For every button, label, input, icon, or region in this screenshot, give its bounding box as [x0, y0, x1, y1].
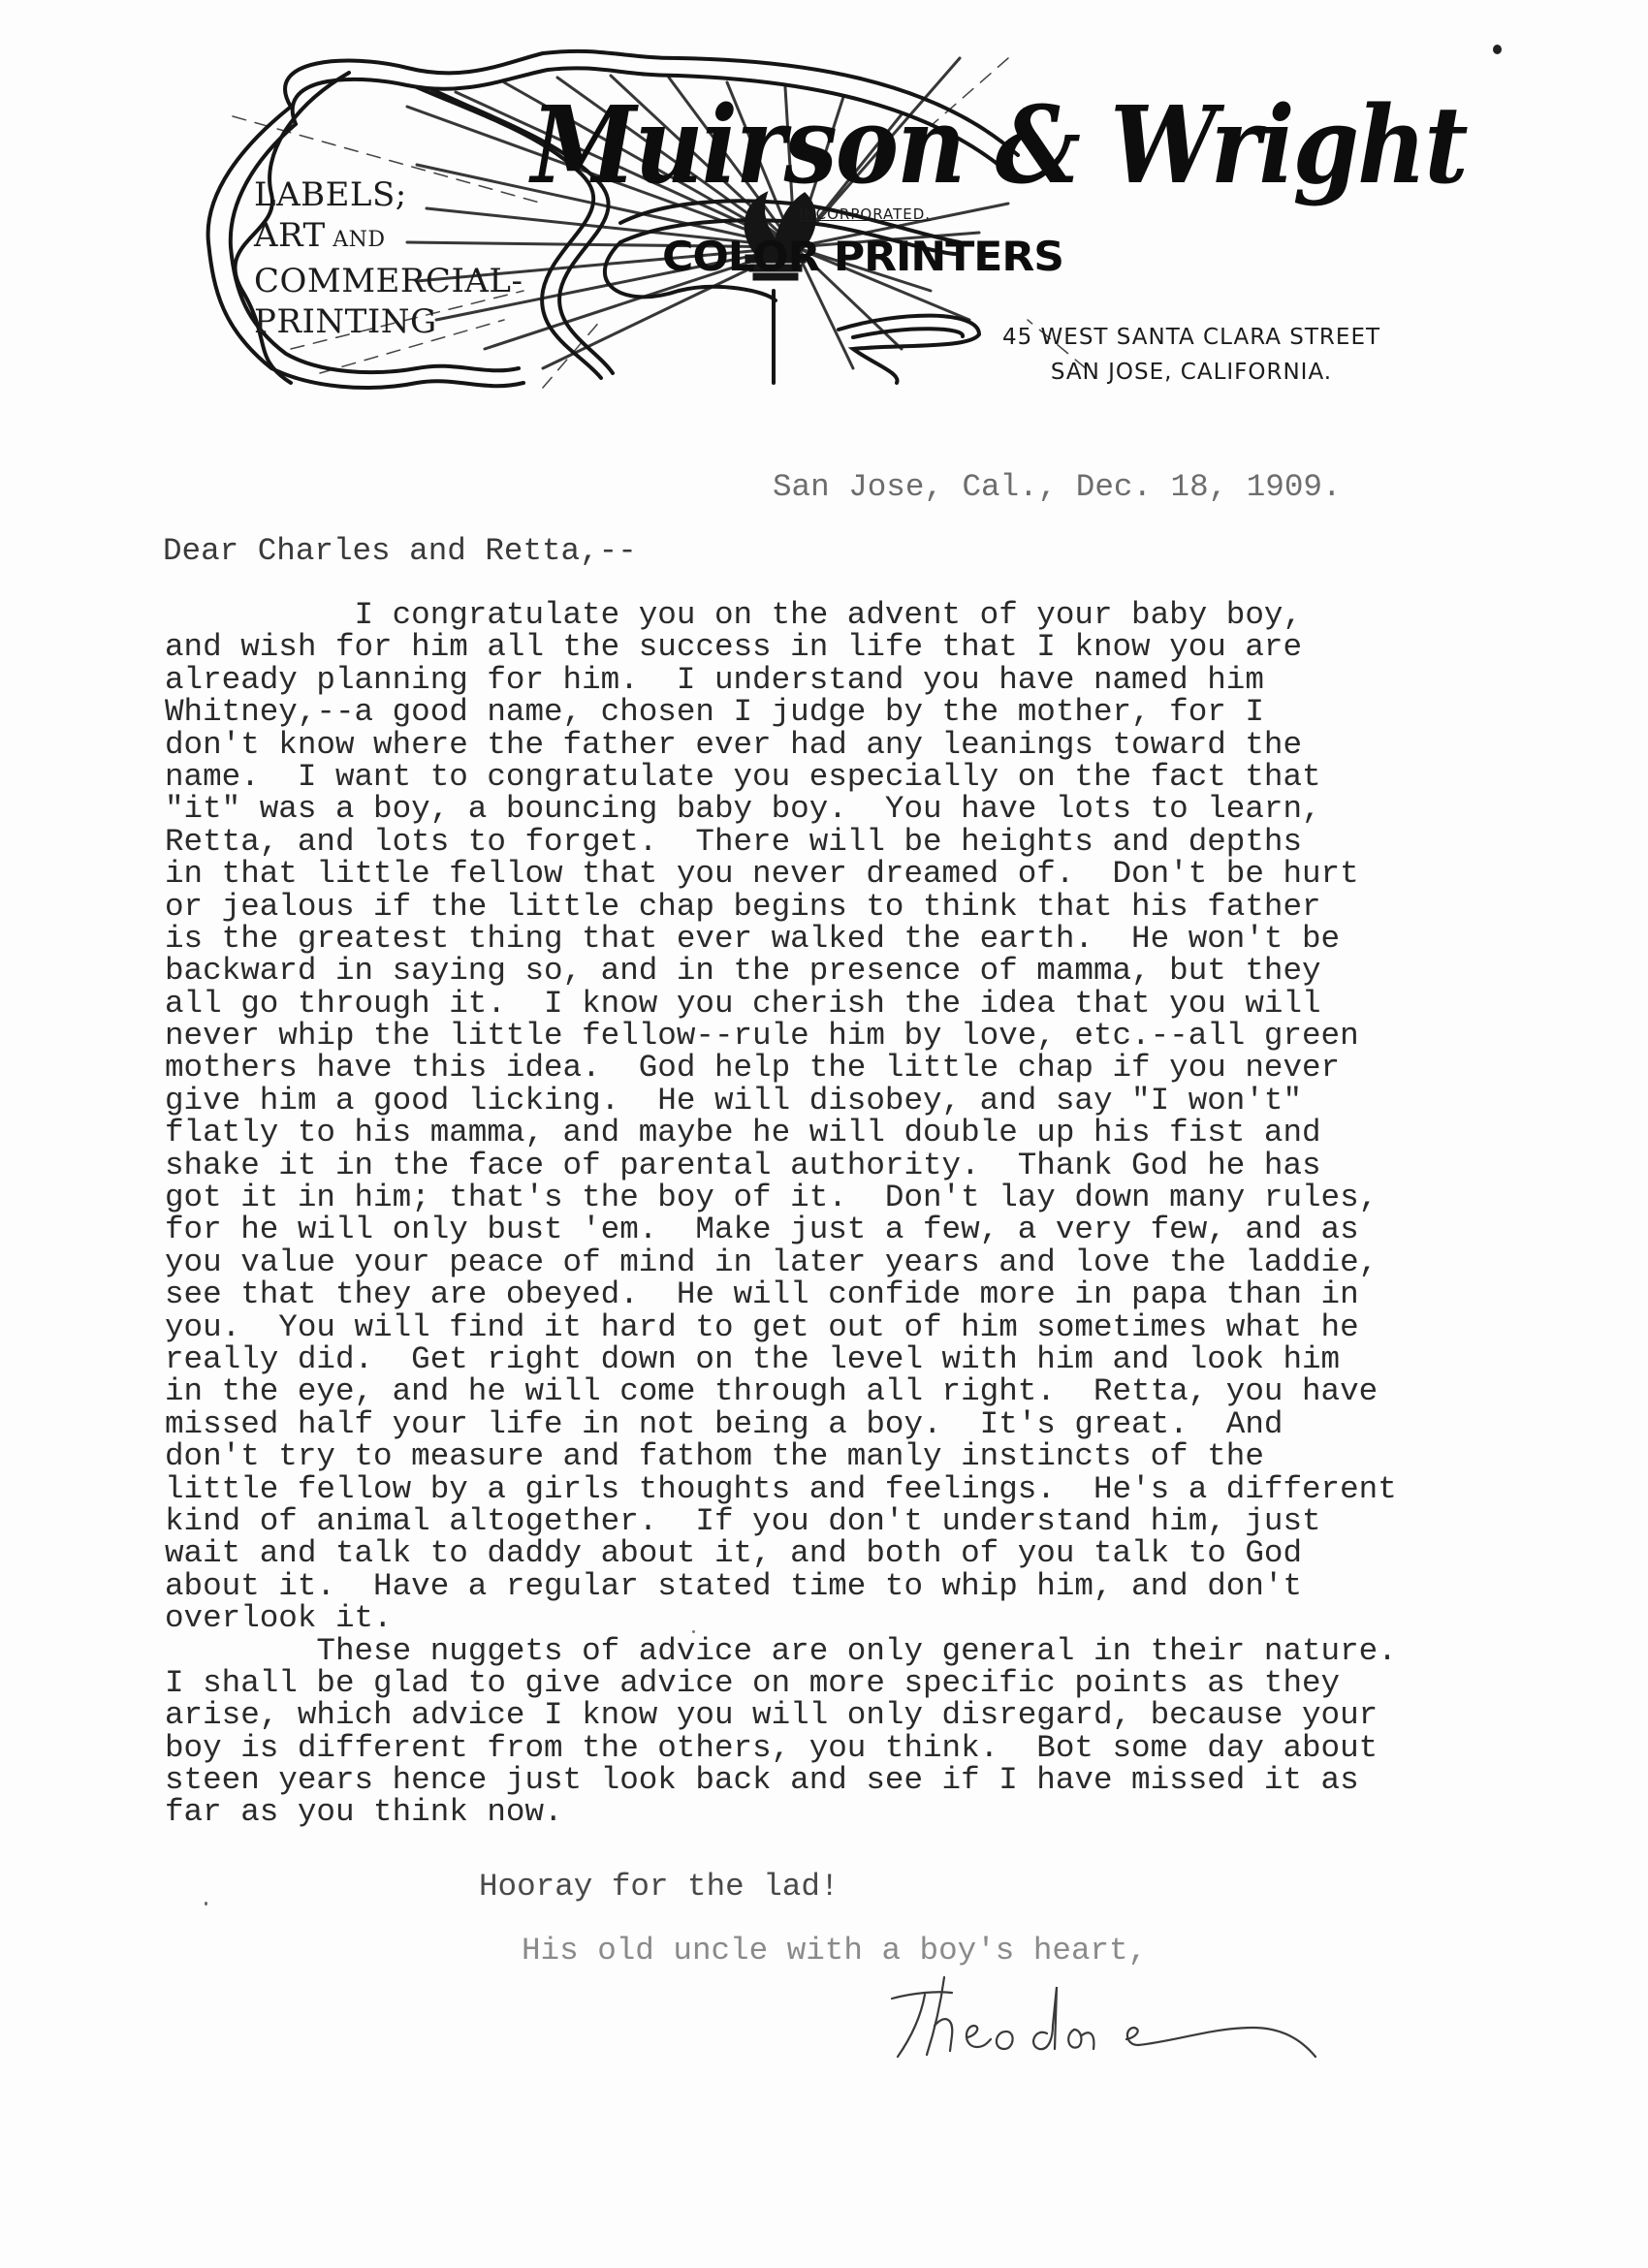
letter-body-line: overlook it.	[165, 1602, 1397, 1634]
letter-body-line: I congratulate you on the advent of your…	[165, 599, 1397, 631]
complimentary-close: His old uncle with a boy's heart,	[522, 1935, 1147, 1967]
letter-body-line: don't know where the father ever had any…	[165, 729, 1397, 761]
letter-body-line: give him a good licking. He will disobey…	[165, 1085, 1397, 1117]
letter-body-line: shake it in the face of parental authori…	[165, 1150, 1397, 1181]
address-street: 45 WEST SANTA CLARA STREET	[993, 320, 1390, 355]
paper-speck	[692, 1630, 695, 1633]
letter-body-line: and wish for him all the success in life…	[165, 631, 1397, 663]
company-name: Muirson & Wright	[531, 93, 1467, 200]
letter-body-line: These nuggets of advice are only general…	[165, 1635, 1397, 1667]
letter-body-line: boy is different from the others, you th…	[165, 1732, 1397, 1764]
letter-body-line: got it in him; that's the boy of it. Don…	[165, 1181, 1397, 1213]
letter-body-line: backward in saying so, and in the presen…	[165, 955, 1397, 987]
letter-body-line: arise, which advice I know you will only…	[165, 1699, 1397, 1731]
letter-body-line: see that they are obeyed. He will confid…	[165, 1278, 1397, 1310]
incorporated-label: INCORPORATED.	[799, 205, 931, 223]
letter-body-line: Whitney,--a good name, chosen I judge by…	[165, 696, 1397, 728]
letter-body-line: mothers have this idea. God help the lit…	[165, 1052, 1397, 1084]
letter-body-line: already planning for him. I understand y…	[165, 664, 1397, 696]
letter-body-line: far as you think now.	[165, 1796, 1397, 1828]
letter-body-line: or jealous if the little chap begins to …	[165, 891, 1397, 923]
signature: Theodore	[884, 1968, 1330, 2064]
service-art: ART AND	[254, 215, 523, 261]
service-printing: PRINTING	[254, 301, 523, 342]
letter-body-line: really did. Get right down on the level …	[165, 1343, 1397, 1375]
letter-body-line: don't try to measure and fathom the manl…	[165, 1440, 1397, 1472]
letter-body-line: all go through it. I know you cherish th…	[165, 988, 1397, 1020]
paper-speck	[1493, 45, 1502, 54]
letter-body-line: you value your peace of mind in later ye…	[165, 1246, 1397, 1278]
letter-body-line: never whip the little fellow--rule him b…	[165, 1020, 1397, 1052]
letter-body-line: steen years hence just look back and see…	[165, 1764, 1397, 1796]
letter-body-line: is the greatest thing that ever walked t…	[165, 923, 1397, 955]
letter-body-line: you. You will find it hard to get out of…	[165, 1311, 1397, 1343]
company-tagline: COLOR PRINTERS	[662, 236, 1063, 277]
letter-page: LABELS; ART AND COMMERCIAL- PRINTING Mui…	[0, 0, 1648, 2268]
closing-line: Hooray for the lad!	[479, 1871, 839, 1903]
letter-body-line: missed half your life in not being a boy…	[165, 1408, 1397, 1440]
company-address: 45 WEST SANTA CLARA STREET SAN JOSE, CAL…	[993, 320, 1390, 390]
letter-body: I congratulate you on the advent of your…	[165, 599, 1397, 1829]
letter-body-line: "it" was a boy, a bouncing baby boy. You…	[165, 793, 1397, 825]
letter-body-line: in that little fellow that you never dre…	[165, 858, 1397, 890]
letter-body-line: I shall be glad to give advice on more s…	[165, 1667, 1397, 1699]
letter-body-line: flatly to his mamma, and maybe he will d…	[165, 1117, 1397, 1149]
letter-body-line: Retta, and lots to forget. There will be…	[165, 826, 1397, 858]
letter-body-line: about it. Have a regular stated time to …	[165, 1570, 1397, 1602]
letter-body-line: kind of animal altogether. If you don't …	[165, 1505, 1397, 1537]
letterhead: LABELS; ART AND COMMERCIAL- PRINTING Mui…	[0, 0, 1648, 407]
services-list: LABELS; ART AND COMMERCIAL- PRINTING	[254, 174, 523, 342]
letter-body-line: little fellow by a girls thoughts and fe…	[165, 1473, 1397, 1505]
service-labels: LABELS;	[254, 174, 523, 215]
letter-body-line: in the eye, and he will come through all…	[165, 1375, 1397, 1407]
service-commercial: COMMERCIAL-	[254, 261, 523, 301]
letter-date: San Jose, Cal., Dec. 18, 1909.	[773, 471, 1342, 503]
letter-body-line: wait and talk to daddy about it, and bot…	[165, 1537, 1397, 1569]
paper-speck	[205, 1902, 207, 1906]
letter-body-line: for he will only bust 'em. Make just a f…	[165, 1213, 1397, 1245]
letter-body-line: name. I want to congratulate you especia…	[165, 761, 1397, 793]
address-city: SAN JOSE, CALIFORNIA.	[993, 355, 1390, 390]
salutation: Dear Charles and Retta,--	[163, 535, 637, 567]
